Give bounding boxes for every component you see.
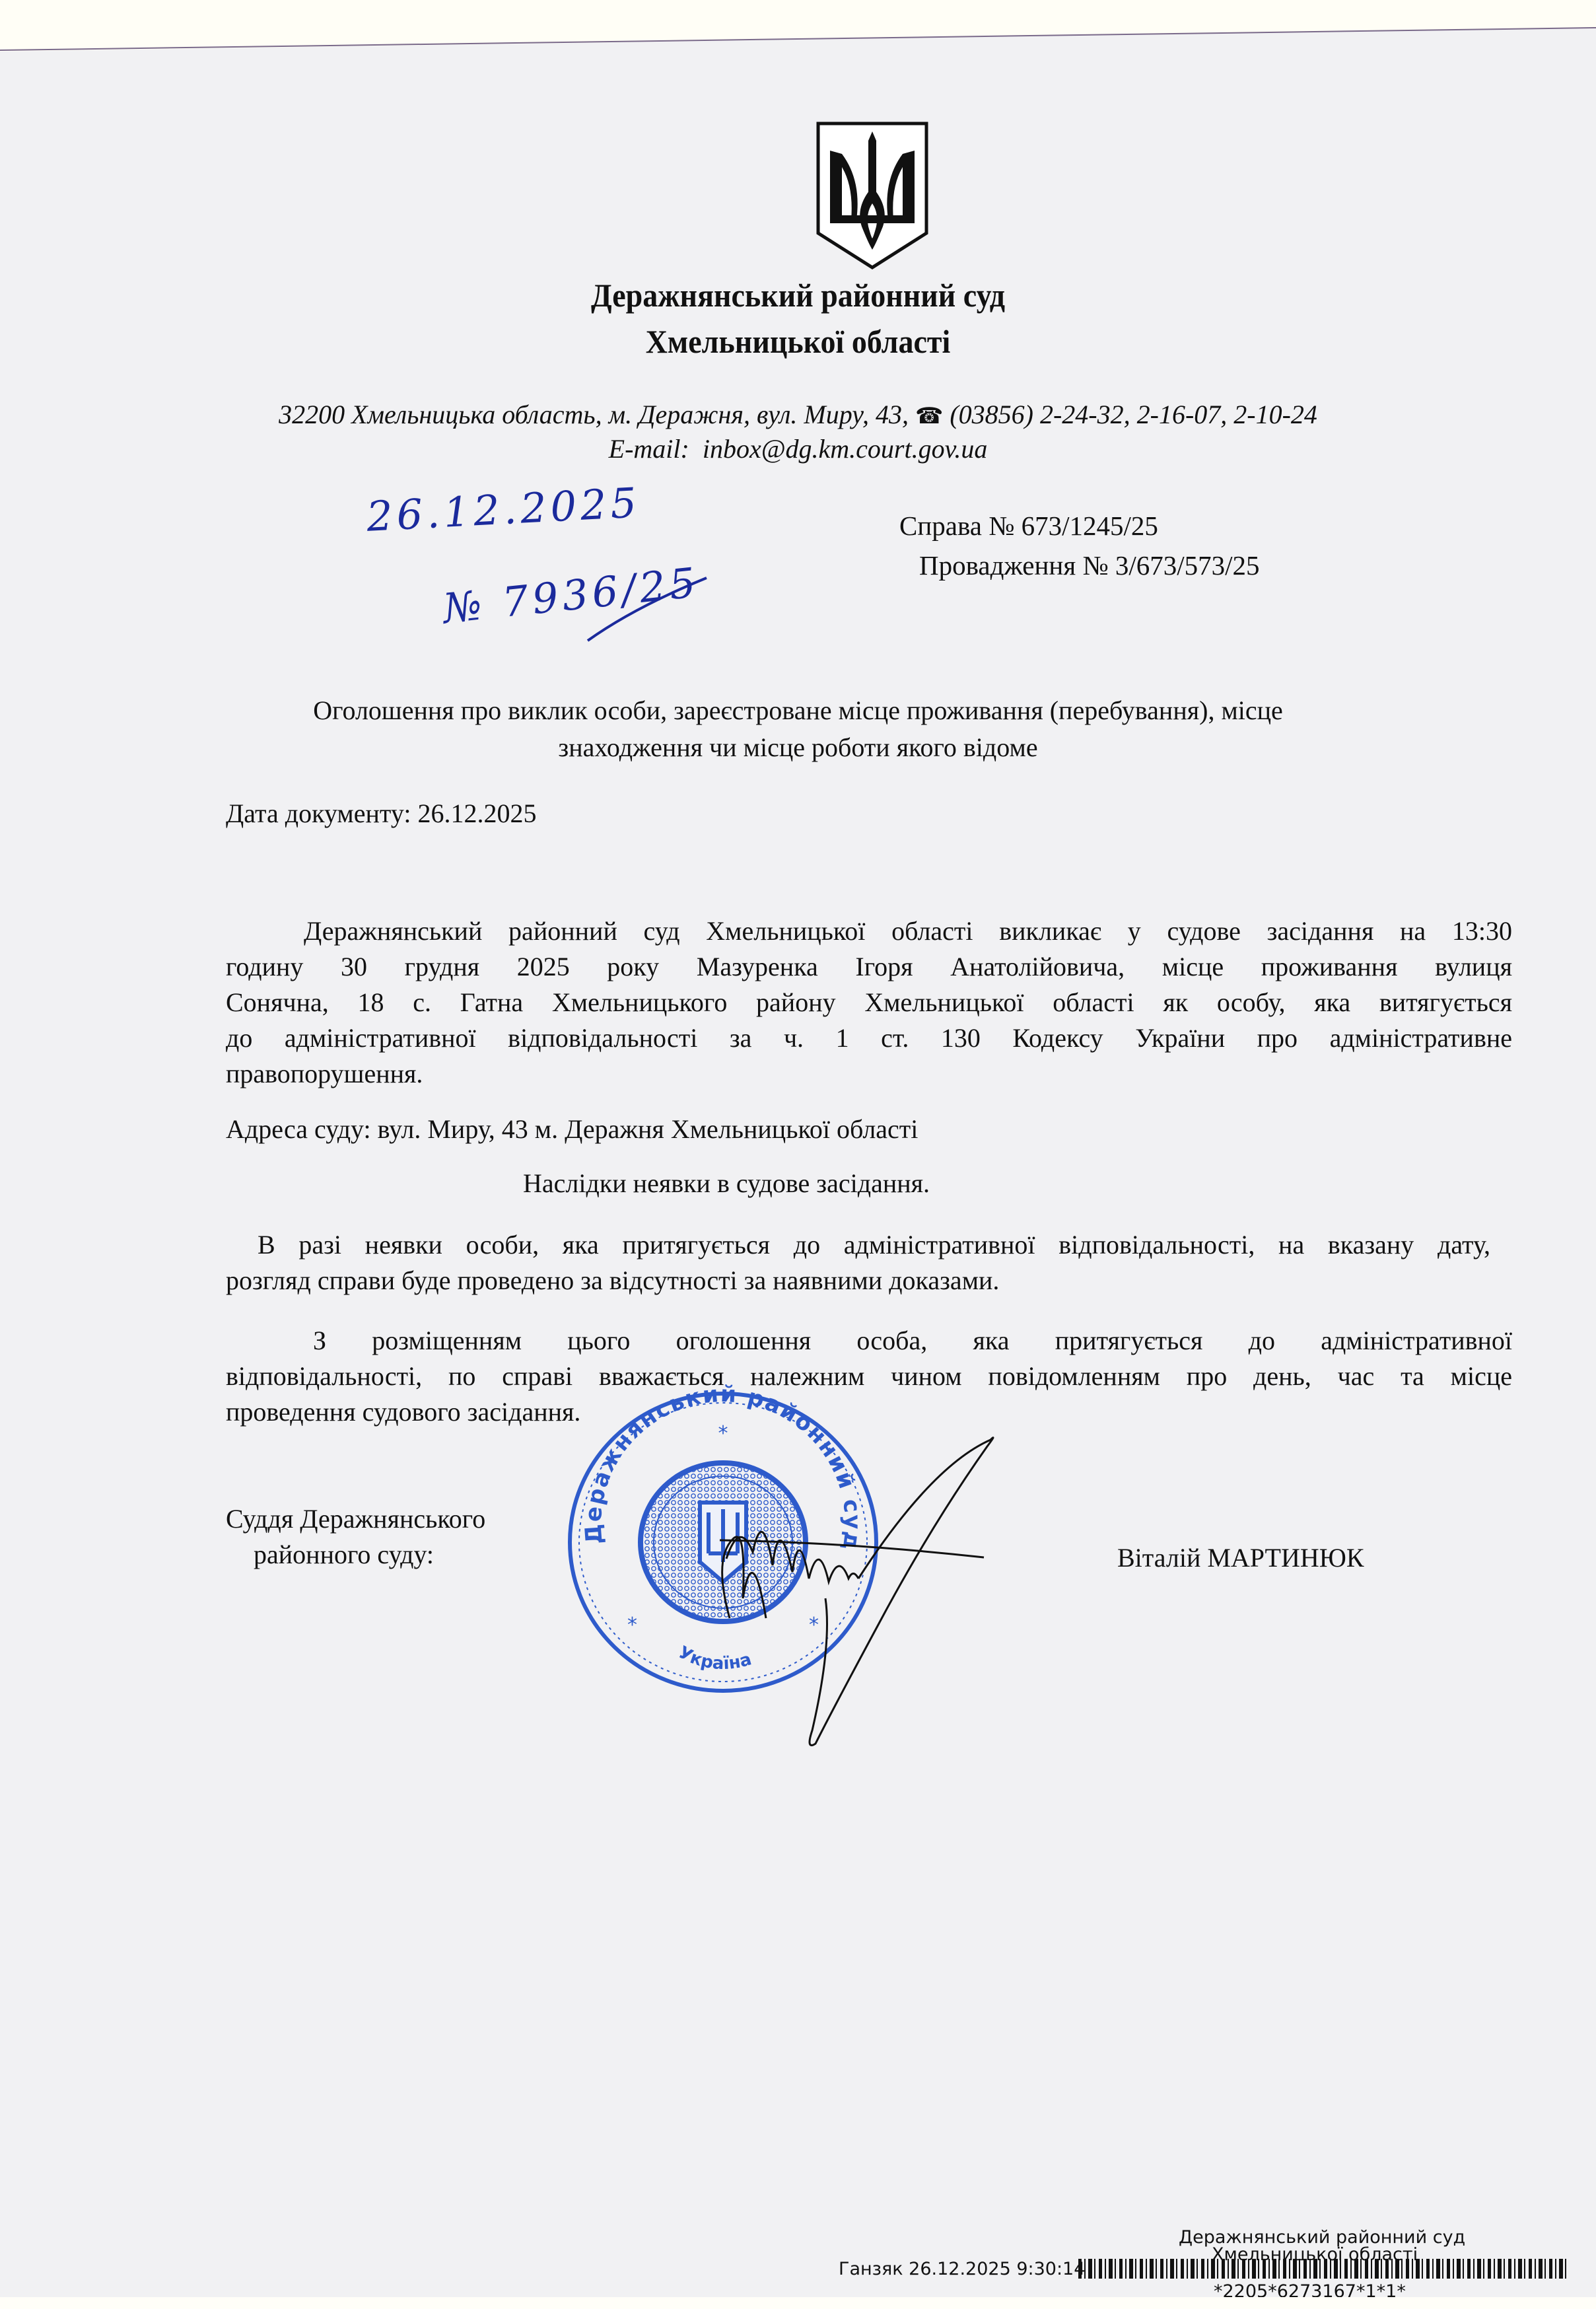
proceeding-number: Провадження № 3/673/573/25 xyxy=(919,550,1260,581)
consequences-line: В разі неявки особи, яка притягується до… xyxy=(226,1227,1490,1263)
court-address: Адреса суду: вул. Миру, 43 м. Деражня Хм… xyxy=(226,1114,918,1145)
judge-title-line1: Суддя Деражнянського xyxy=(226,1503,485,1534)
email-link[interactable]: inbox@dg.km.court.gov.ua xyxy=(703,434,988,464)
announcement-heading-line2: знаходження чи місце роботи якого відоме xyxy=(0,732,1596,763)
case-number: Справа № 673/1245/25 xyxy=(899,510,1158,542)
consequences-heading: Наслідки неявки в судове засідання. xyxy=(523,1168,930,1199)
summons-line: Сонячна, 18 с. Гатна Хмельницького район… xyxy=(226,985,1512,1020)
trident-emblem-icon xyxy=(815,121,929,269)
svg-text:*: * xyxy=(627,1614,637,1637)
court-name-line2: Хмельницької області xyxy=(64,322,1533,361)
paper-edge-line xyxy=(0,0,1596,53)
summons-line: годину 30 грудня 2025 року Мазуренка Іго… xyxy=(226,949,1512,985)
scan-bottom-margin xyxy=(0,2297,1596,2309)
handwritten-underline-stroke xyxy=(581,568,713,647)
consequences-paragraph: В разі неявки особи, яка притягується до… xyxy=(226,1227,1490,1298)
court-address-line: 32200 Хмельницька область, м. Деражня, в… xyxy=(0,399,1596,430)
announcement-heading-line1: Оголошення про виклик особи, зареєстрова… xyxy=(0,695,1596,726)
phone-icon: ☎ xyxy=(915,403,943,429)
registrar-timestamp: Ганзяк 26.12.2025 9:30:14 xyxy=(839,2259,1085,2279)
registry-barcode xyxy=(1078,2259,1567,2279)
email-line: E-mail: inbox@dg.km.court.gov.ua xyxy=(0,433,1596,464)
summons-line: правопорушення. xyxy=(226,1056,1512,1092)
judge-name: Віталій МАРТИНЮК xyxy=(1117,1542,1364,1573)
document-date-value: 26.12.2025 xyxy=(417,799,536,828)
address-text: 32200 Хмельницька область, м. Деражня, в… xyxy=(279,400,909,429)
summons-paragraph: Деражнянський районний суд Хмельницької … xyxy=(226,913,1512,1092)
registry-sticker: Деражнянський районний суд Хмельницької … xyxy=(839,2219,1596,2309)
email-label: E-mail: xyxy=(609,434,689,464)
summons-line: Деражнянський районний суд Хмельницької … xyxy=(226,913,1512,949)
notice-line: З розміщенням цього оголошення особа, як… xyxy=(226,1323,1512,1359)
judge-handwritten-signature xyxy=(680,1427,1142,1757)
phone-numbers: (03856) 2-24-32, 2-16-07, 2-10-24 xyxy=(950,400,1317,429)
summons-line: до адміністративної відповідальності за … xyxy=(226,1020,1512,1056)
document-date-label: Дата документу: xyxy=(226,799,411,828)
judge-title-line2: районного суду: xyxy=(254,1539,434,1570)
document-date: Дата документу: 26.12.2025 xyxy=(226,798,536,829)
court-name-line1: Деражнянський районний суд xyxy=(64,276,1533,314)
consequences-line: розгляд справи буде проведено за відсутн… xyxy=(226,1263,1490,1298)
handwritten-received-date: 26.12.2025 xyxy=(365,478,641,541)
